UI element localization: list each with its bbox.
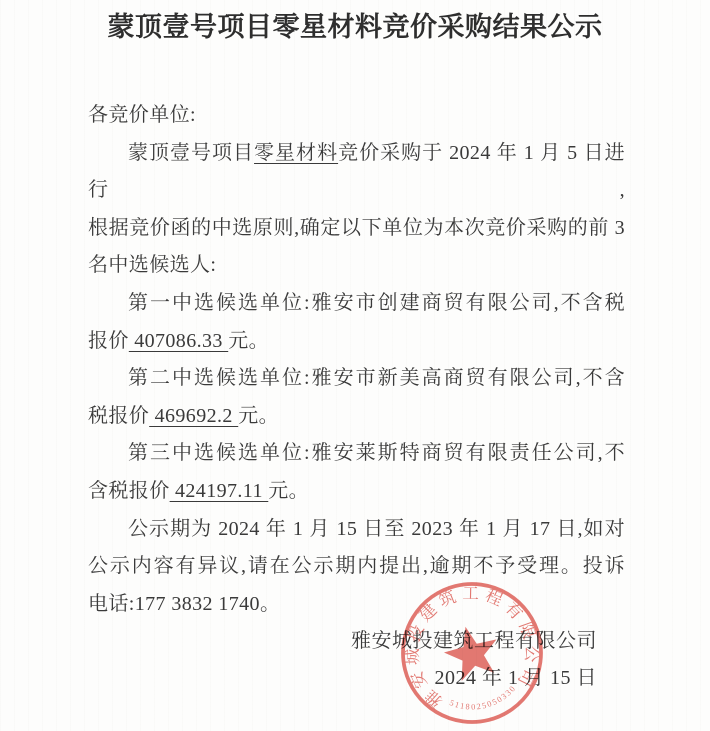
document-body: 各竞价单位:蒙顶壹号项目零星材料竞价采购于 2024 年 1 月 5 日进行,根…: [88, 97, 625, 623]
body-line: 根据竞价函的中选原则,确定以下单位为本次竞价采购的前 3: [88, 210, 625, 248]
text-segment: 各竞价单位:: [88, 104, 196, 126]
text-segment: 第三中选候选单位:雅安莱斯特商贸有限责任公司,不: [128, 442, 625, 464]
text-segment: 含税报价: [88, 480, 170, 502]
underlined-value: 407086.33: [129, 330, 228, 352]
text-segment: 第一中选候选单位:雅安市创建商贸有限公司,不含税: [128, 292, 625, 314]
text-segment: 公示期为 2024 年 1 月 15 日至 2023 年 1 月 17 日,如对: [128, 518, 625, 540]
underlined-value: 零星材料: [254, 142, 338, 164]
seal-serial-number: 5118025050330: [447, 682, 522, 718]
star-icon: [439, 620, 504, 683]
body-line: 各竞价单位:: [88, 97, 625, 135]
body-line: 蒙顶壹号项目零星材料竞价采购于 2024 年 1 月 5 日进行,: [88, 135, 625, 210]
scanned-document-page: { "page": { "background": "#fdfdfc", "te…: [0, 0, 710, 731]
text-segment: 名中选候选人:: [88, 254, 216, 276]
text-segment: 蒙顶壹号项目: [128, 142, 254, 164]
text-segment: 根据竞价函的中选原则,确定以下单位为本次竞价采购的前 3: [88, 217, 625, 239]
underlined-value: 424197.11: [170, 480, 269, 502]
text-segment: 电话:177 3832 1740。: [88, 593, 280, 615]
text-segment: 公示内容有异议,请在公示期内提出,逾期不予受理。投诉: [88, 555, 625, 577]
body-line: 第一中选候选单位:雅安市创建商贸有限公司,不含税: [88, 285, 625, 323]
body-line: 名中选候选人:: [88, 247, 625, 285]
document-title: 蒙顶壹号项目零星材料竞价采购结果公示: [0, 8, 710, 46]
seal-graphic: 雅安城投建筑工程有限公司 5118025050330: [397, 578, 547, 728]
text-segment: 元。: [268, 480, 309, 502]
body-line: 报价 407086.33 元。: [88, 323, 625, 361]
body-line: 第三中选候选单位:雅安莱斯特商贸有限责任公司,不: [88, 435, 625, 473]
body-line: 含税报价 424197.11 元。: [88, 473, 625, 511]
body-line: 税报价 469692.2 元。: [88, 398, 625, 436]
text-segment: 税报价: [88, 405, 149, 427]
company-seal-stamp: 雅安城投建筑工程有限公司 5118025050330: [397, 578, 547, 728]
text-segment: 报价: [88, 330, 129, 352]
body-line: 第二中选候选单位:雅安市新美高商贸有限公司,不含: [88, 360, 625, 398]
body-line: 公示期为 2024 年 1 月 15 日至 2023 年 1 月 17 日,如对: [88, 511, 625, 549]
text-segment: 元。: [228, 330, 269, 352]
underlined-value: 469692.2: [149, 405, 238, 427]
text-segment: 元。: [238, 405, 279, 427]
text-segment: 第二中选候选单位:雅安市新美高商贸有限公司,不含: [128, 367, 625, 389]
